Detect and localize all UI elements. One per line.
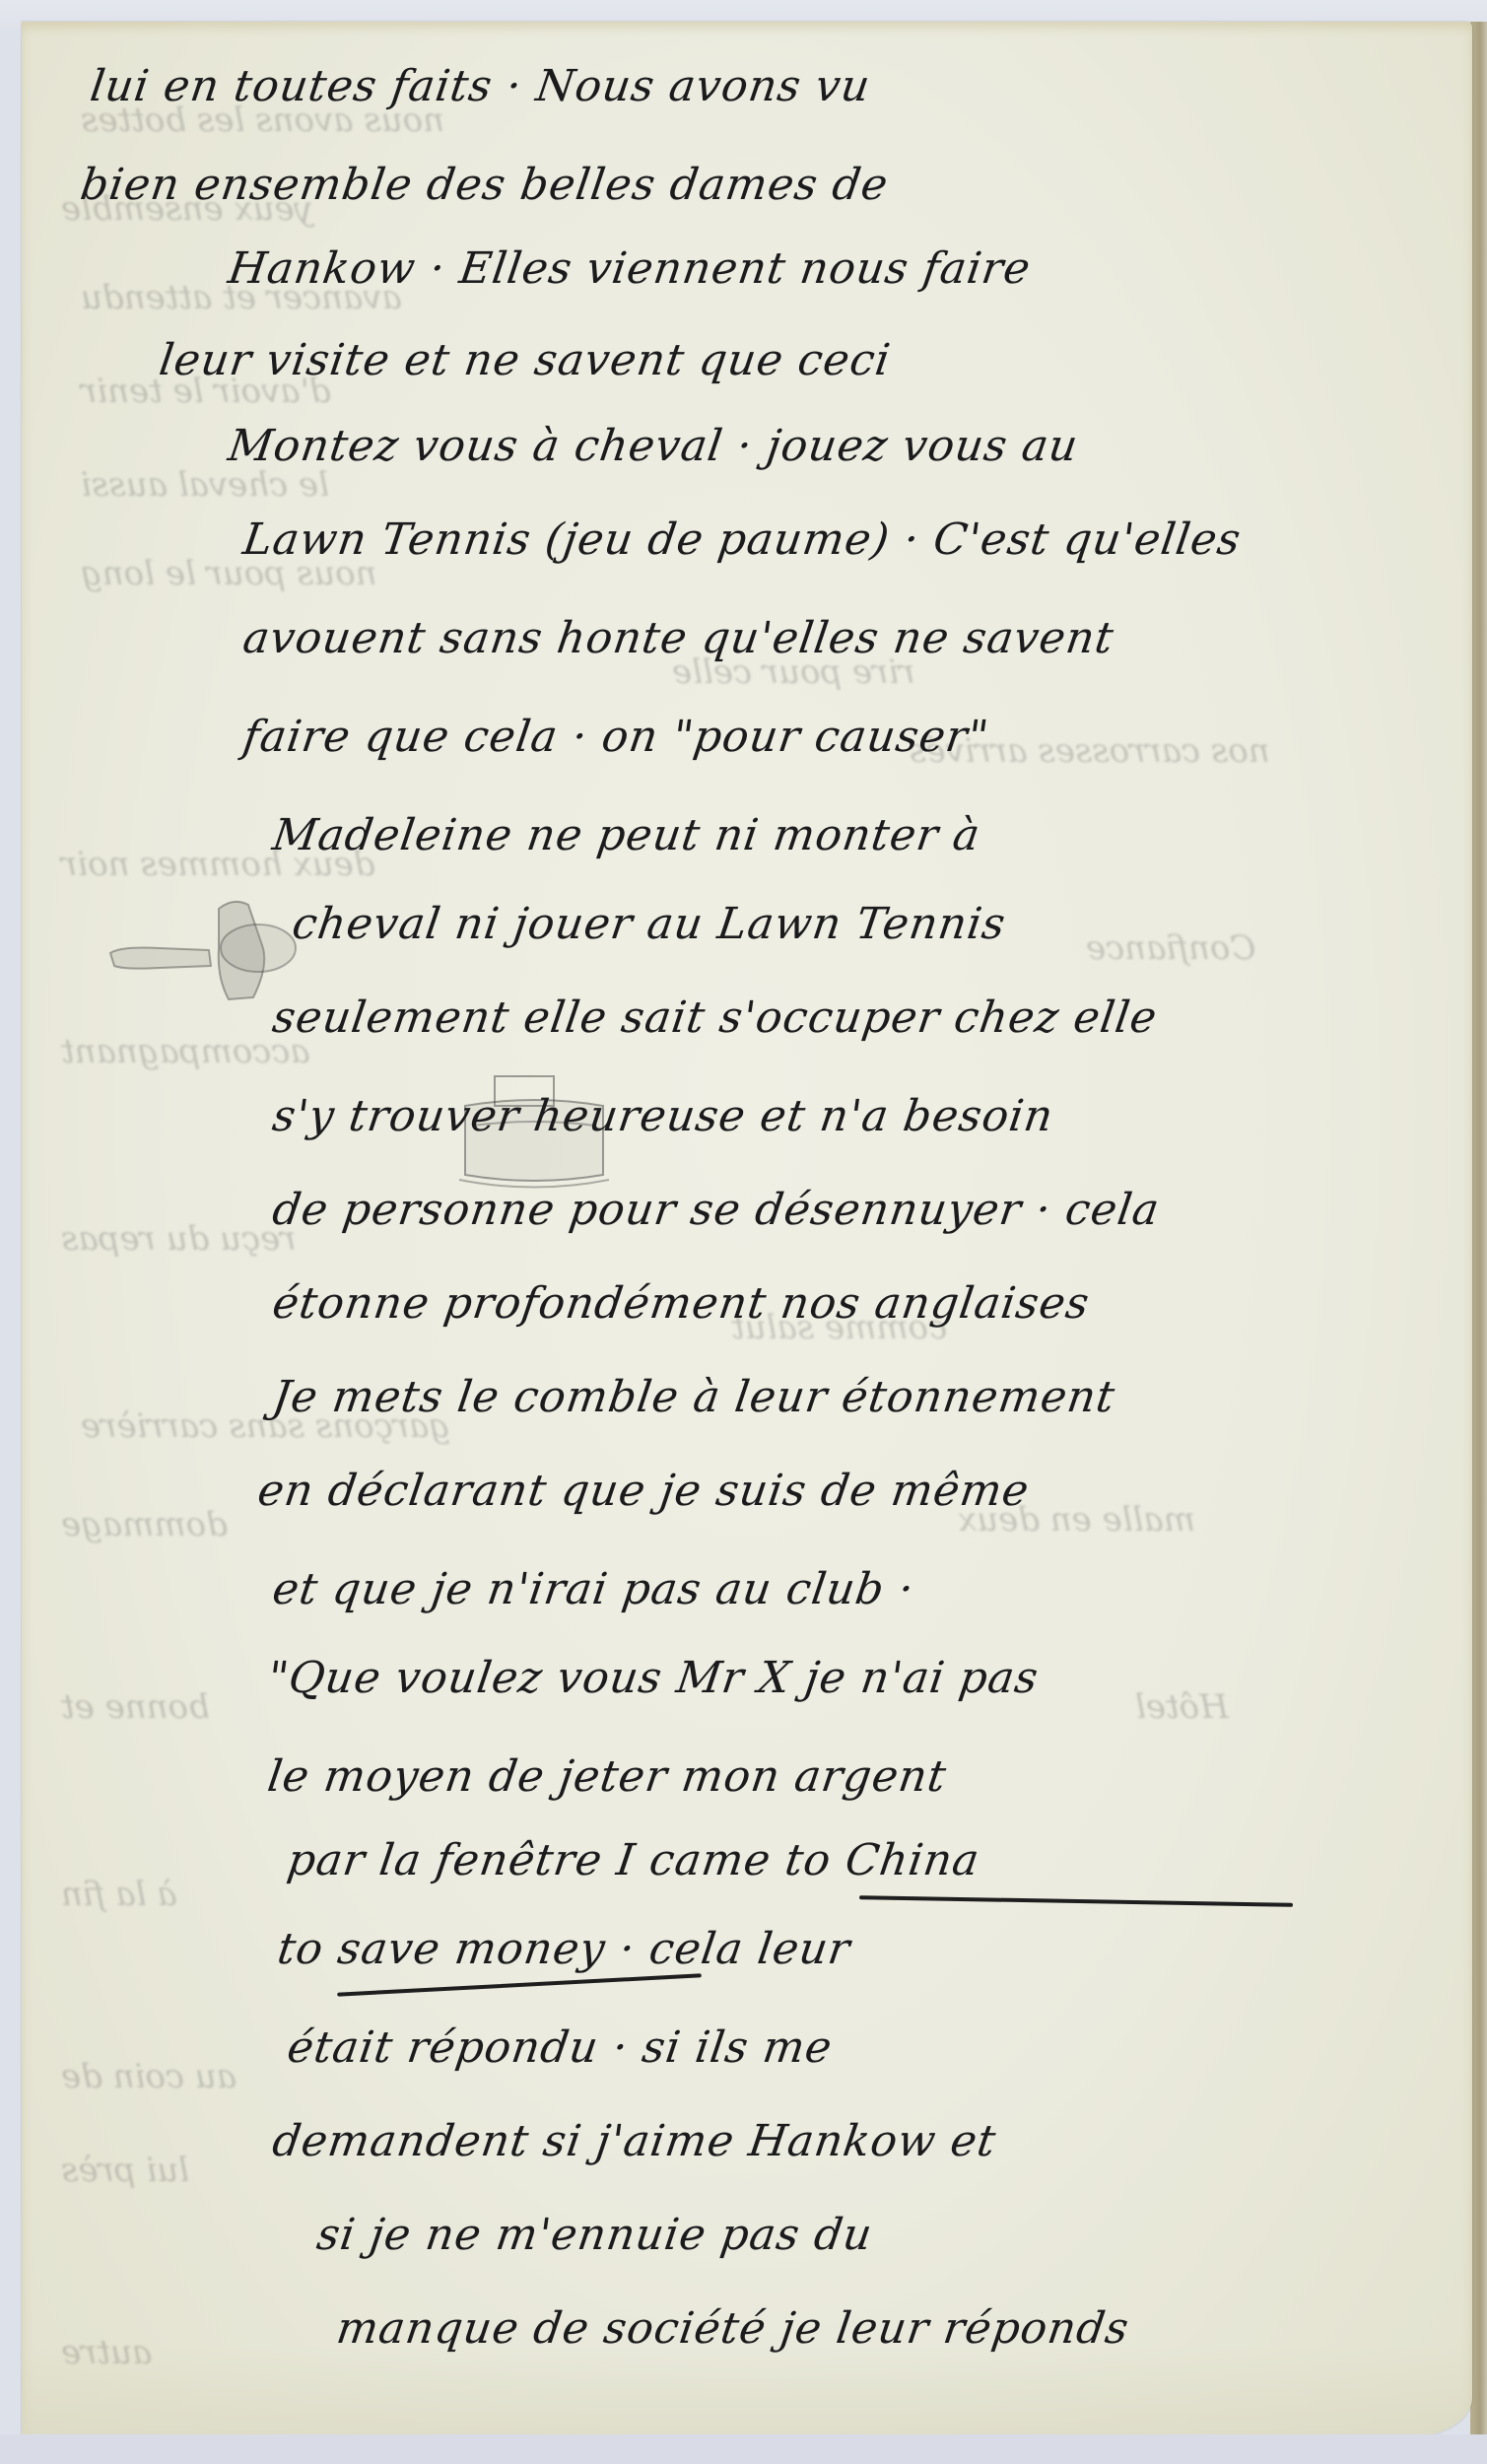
text-line-22: était répondu · si ils me — [284, 2022, 836, 2073]
text-line-9: Madeleine ne peut ni monter à — [269, 810, 983, 860]
text-line-13: de personne pour se désennuyer · cela — [269, 1185, 1163, 1235]
text-line-4: leur visite et ne savent que ceci — [156, 335, 894, 385]
text-line-3: Hankow · Elles viennent nous faire — [225, 243, 1034, 294]
backdrop-bottom — [0, 2434, 1487, 2464]
text-line-7: avouent sans honte qu'elles ne savent — [239, 613, 1116, 663]
letter-page: nous avons les bottes yeux ensemble avan… — [22, 22, 1472, 2436]
text-line-15: Je mets le comble à leur étonnement — [269, 1372, 1117, 1422]
text-line-2: bien ensemble des belles dames de — [77, 160, 891, 210]
text-line-6: Lawn Tennis (jeu de paume) · C'est qu'el… — [239, 514, 1244, 565]
bleed-through: le cheval aussi — [81, 465, 329, 505]
underline-i-came-to-china — [859, 1895, 1293, 1907]
bleed-through: dommage — [61, 1505, 228, 1544]
underline-to-save-money — [337, 1973, 702, 1996]
text-line-18: "Que voulez vous Mr X je n'ai pas — [264, 1653, 1042, 1703]
text-line-8: faire que cela · on "pour causer" — [239, 712, 991, 762]
bleed-through: bonne et — [61, 1687, 210, 1727]
bleed-through: au coin de — [61, 2057, 237, 2096]
text-line-10: cheval ni jouer au Lawn Tennis — [289, 899, 1009, 949]
bleed-through: Confiance — [1086, 928, 1255, 968]
text-line-11: seulement elle sait s'occuper chez elle — [269, 992, 1160, 1043]
bleed-through: reçu du repas — [61, 1219, 296, 1259]
cup-sketch-icon — [101, 889, 307, 1007]
text-line-19: le moyen de jeter mon argent — [264, 1751, 949, 1802]
text-line-14: étonne profondément nos anglaises — [269, 1278, 1093, 1329]
text-line-16: en déclarant que je suis de même — [254, 1466, 1032, 1516]
bleed-through: à la fin — [61, 1875, 177, 1914]
text-line-24: si je ne m'ennuie pas du — [313, 2210, 875, 2260]
page-shadow — [22, 2346, 1472, 2436]
text-line-1: lui en toutes faits · Nous avons vu — [87, 61, 873, 111]
text-line-21: to save money · cela leur — [274, 1924, 853, 1974]
text-line-20: par la fenêtre I came to China — [284, 1835, 982, 1885]
adjacent-page-edge — [1470, 22, 1487, 2464]
text-line-17: et que je n'irai pas au club · — [269, 1564, 917, 1614]
bleed-through: Hôtel — [1135, 1687, 1229, 1727]
text-line-5: Montez vous à cheval · jouez vous au — [225, 421, 1081, 471]
text-line-23: demandent si j'aime Hankow et — [269, 2116, 999, 2166]
text-line-12: s'y trouver heureuse et n'a besoin — [269, 1091, 1056, 1141]
bleed-through: lui près — [61, 2151, 189, 2190]
